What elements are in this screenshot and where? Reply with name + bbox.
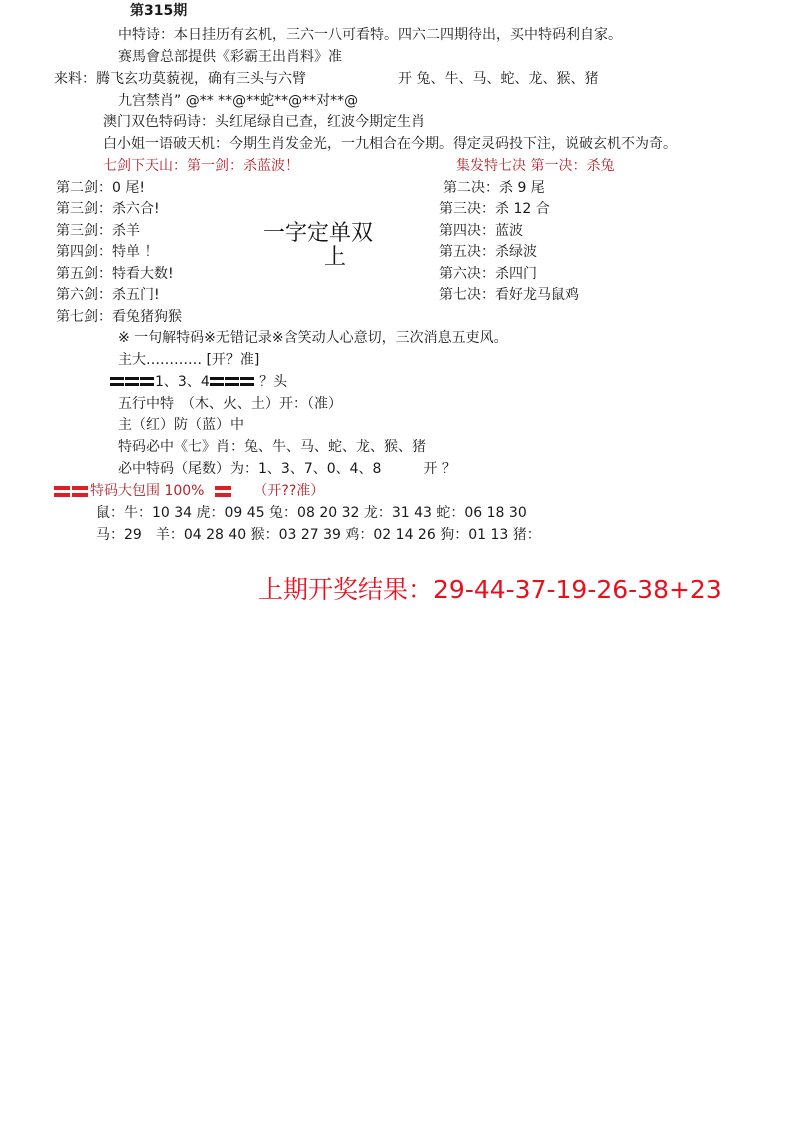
head-numbers: 1、3、4 [155, 374, 210, 390]
black-bars-icon [210, 373, 255, 391]
one-sentence-tip: ※ 一句解特码※无错记录※含笑动人心意切，三次消息五吏风。 [118, 329, 508, 347]
last-result: 上期开奖结果：29-44-37-19-26-38+23 [258, 575, 722, 605]
red-bars-icon [54, 483, 90, 499]
zhuda-tip: 主大………… [开？准] [118, 351, 259, 369]
saima-line: 赛馬會总部提供《彩霸王出肖料》准 [118, 48, 342, 66]
red-bars-icon [215, 483, 233, 499]
last-result-label: 上期开奖结果： [258, 575, 433, 604]
baowei-line: 特码大包围 100% （开??准） [54, 482, 324, 500]
list-item: 第五剑：特看大数! [56, 265, 174, 283]
list-item: 第三剑：杀六合! [56, 200, 160, 218]
list-item: 第四剑：特单 ！ [56, 243, 158, 261]
issue-title: 第315期 [130, 2, 187, 20]
aomen-poem: 澳门双色特码诗：头红尾绿自已查，红波今期定生肖 [103, 113, 425, 131]
center-banner-line2: 上 [250, 246, 420, 270]
list-item: 第二剑：0 尾! [56, 179, 145, 197]
laoliao-open-line: 开 兔、牛、马、蛇、龙、猴、猪 [398, 70, 598, 88]
list-item: 第六决：杀四门 [439, 265, 537, 283]
list-item: 第三剑：杀羊 [56, 222, 140, 240]
zodiac-numbers-row1: 鼠：牛：10 34 虎：09 45 兔：08 20 32 龙：31 43 蛇：0… [96, 504, 527, 522]
laoliao-line: 来料：腾飞玄功莫藐视，确有三头与六臂 [54, 70, 306, 88]
list-item: 第六剑：杀五门! [56, 286, 160, 304]
list-item: 第五决：杀绿波 [439, 243, 537, 261]
baowei-label: 特码大包围 100% [90, 483, 204, 499]
list-item: 第三决：杀 12 合 [439, 200, 550, 218]
seven-swords-title: 七剑下天山：第一剑：杀蓝波！ [103, 157, 299, 175]
center-banner-line1: 一字定单双 [250, 222, 386, 246]
seven-secrets-title: 集发特七决 第一决：杀兔 [456, 157, 614, 175]
zhongte-poem: 中特诗：本日挂历有玄机，三六一八可看特。四六二四期待出，买中特码利自家。 [118, 26, 622, 44]
wuxing-tip: 五行中特 （木、火、土）开：（准） [118, 395, 342, 413]
head-suffix: ？头 [255, 374, 287, 390]
jiugong-line: 九宫禁肖” @** **@**蛇**@**对**@ [118, 92, 358, 110]
seven-zodiac-tip: 特码必中《七》肖：兔、牛、马、蛇、龙、猴、猪 [118, 438, 426, 456]
list-item: 第四决：蓝波 [439, 222, 523, 240]
zodiac-numbers-row2: 马：29 羊：04 28 40 猴：03 27 39 鸡：02 14 26 狗：… [96, 526, 541, 544]
list-item: 第二决：杀 9 尾 [443, 179, 545, 197]
color-tip: 主（红）防（蓝）中 [118, 416, 244, 434]
baowei-status: （开??准） [253, 483, 324, 499]
list-item: 第七决：看好龙马鼠鸡 [439, 286, 579, 304]
black-bars-icon [110, 373, 155, 391]
last-result-numbers: 29-44-37-19-26-38+23 [433, 575, 722, 604]
baixiaojie-line: 白小姐一语破天机：今期生肖发金光，一九相合在今期。得定灵码投下注，说破玄机不为奇… [103, 135, 677, 153]
tail-tip: 必中特码（尾数）为：1、3、7、0、4、8 开 ？ [118, 460, 456, 478]
list-item: 第七剑：看兔猪狗猴 [56, 308, 182, 326]
head-numbers-line: 1、3、4 ？头 [110, 373, 287, 391]
